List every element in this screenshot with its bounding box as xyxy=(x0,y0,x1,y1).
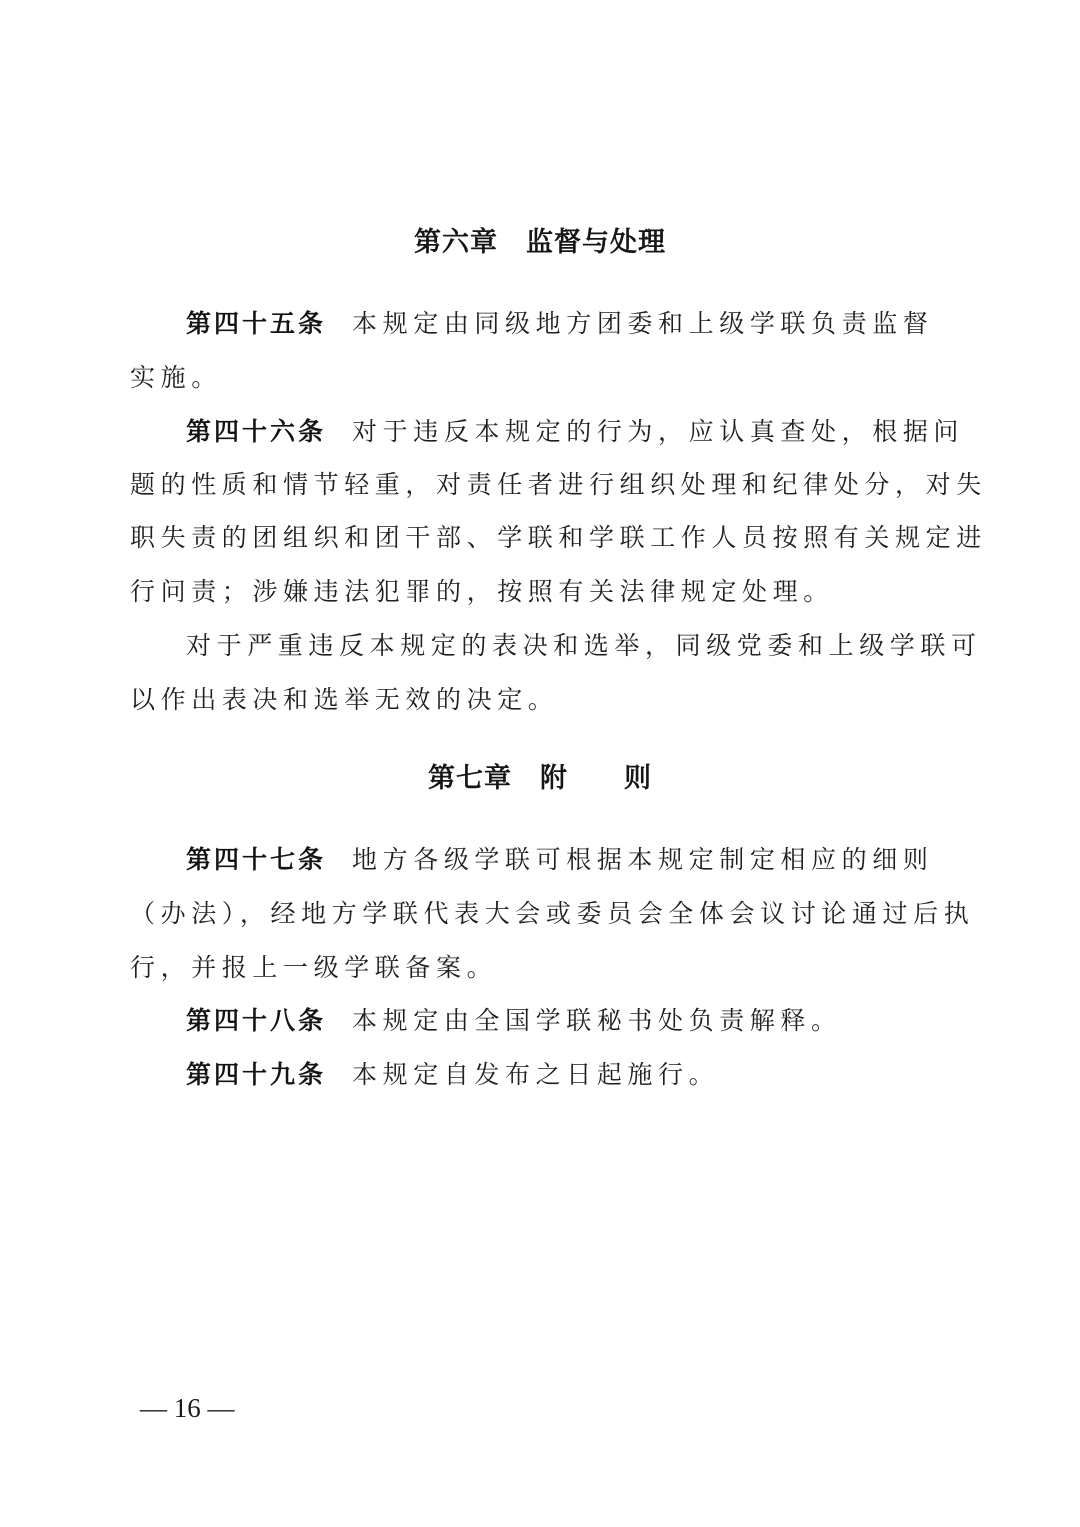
article-45-line-1: 第四十五条本规定由同级地方团委和上级学联负责监督 xyxy=(186,304,956,344)
article-49-number: 第四十九条 xyxy=(186,1060,326,1089)
article-47-line-2: （办法），经地方学联代表大会或委员会全体会议讨论通过后执 xyxy=(130,894,950,934)
article-45-text: 本规定由同级地方团委和上级学联负责监督 xyxy=(352,309,933,338)
article-48-number: 第四十八条 xyxy=(186,1006,326,1035)
article-46-line-1: 第四十六条对于违反本规定的行为，应认真查处，根据问 xyxy=(186,412,956,452)
article-47-text: 地方各级学联可根据本规定制定相应的细则 xyxy=(352,845,933,874)
article-46-line-3: 职失责的团组织和团干部、学联和学联工作人员按照有关规定进 xyxy=(130,518,950,558)
article-47-line-3: 行，并报上一级学联备案。 xyxy=(130,948,950,988)
article-46-number: 第四十六条 xyxy=(186,417,326,446)
article-45-line-2: 实施。 xyxy=(130,358,950,398)
article-47-number: 第四十七条 xyxy=(186,845,326,874)
chapter-6-heading: 第六章 监督与处理 xyxy=(0,223,1080,263)
article-49-line-1: 第四十九条本规定自发布之日起施行。 xyxy=(186,1055,956,1095)
article-45-number: 第四十五条 xyxy=(186,309,326,338)
paragraph-line-1: 对于严重违反本规定的表决和选举，同级党委和上级学联可 xyxy=(186,626,956,666)
article-48-text: 本规定由全国学联秘书处负责解释。 xyxy=(352,1006,842,1035)
article-48-line-1: 第四十八条本规定由全国学联秘书处负责解释。 xyxy=(186,1001,956,1041)
paragraph-line-2: 以作出表决和选举无效的决定。 xyxy=(130,680,950,720)
article-46-text: 对于违反本规定的行为，应认真查处，根据问 xyxy=(352,417,964,446)
chapter-7-heading: 第七章 附 则 xyxy=(0,759,1080,799)
article-49-text: 本规定自发布之日起施行。 xyxy=(352,1060,719,1089)
article-46-line-4: 行问责；涉嫌违法犯罪的，按照有关法律规定处理。 xyxy=(130,572,950,612)
article-46-line-2: 题的性质和情节轻重，对责任者进行组织处理和纪律处分，对失 xyxy=(130,465,950,505)
page-number: — 16 — xyxy=(140,1388,235,1428)
document-page: 第六章 监督与处理 第四十五条本规定由同级地方团委和上级学联负责监督 实施。 第… xyxy=(0,0,1080,1527)
article-47-line-1: 第四十七条地方各级学联可根据本规定制定相应的细则 xyxy=(186,840,956,880)
